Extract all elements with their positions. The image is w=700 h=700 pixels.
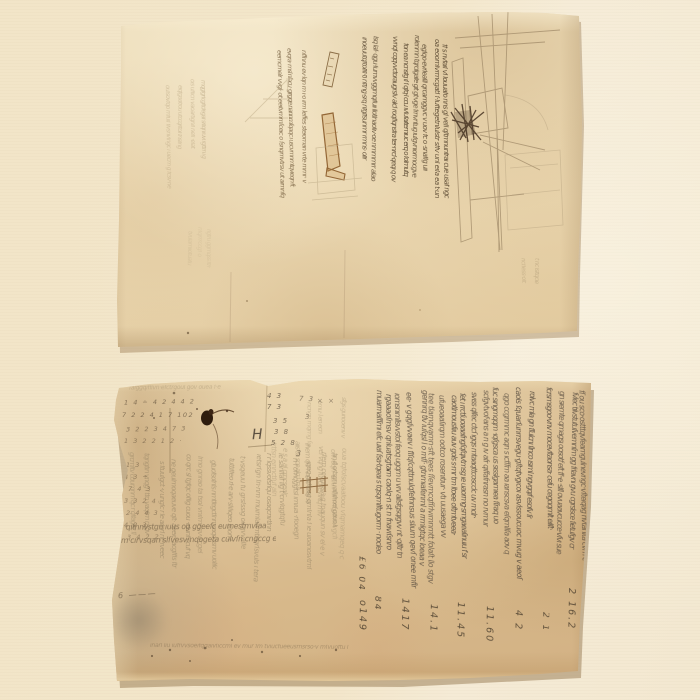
- handwriting-layer: [0, 0, 700, 700]
- album-page: Two aged handwritten manuscript leaves w…: [0, 0, 700, 700]
